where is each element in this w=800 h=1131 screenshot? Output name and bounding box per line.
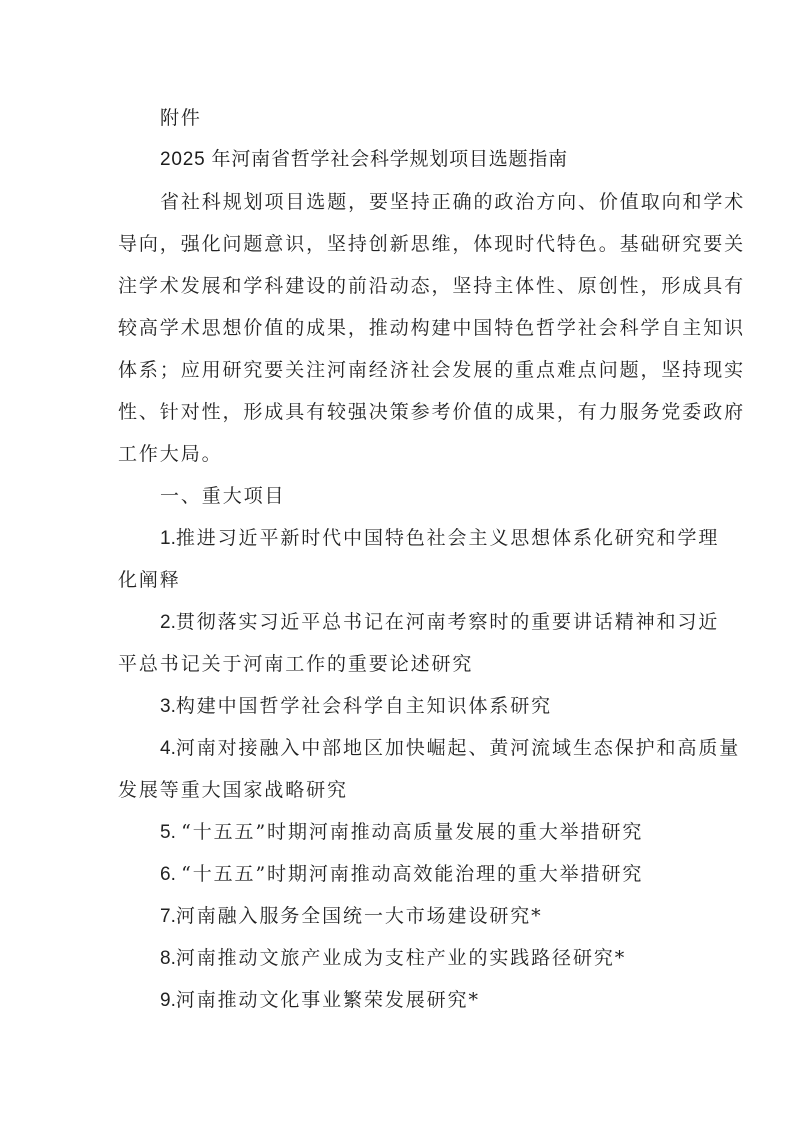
item-number: 2. (160, 612, 176, 633)
item-number: 6. (160, 864, 181, 885)
section-heading: 一、重大项目 (118, 475, 684, 517)
intro-paragraph: 省社科规划项目选题，要坚持正确的政治方向、价值取向和学术 导向，强化问题意识，坚… (118, 181, 684, 475)
item-text: “十五五”时期河南推动高质量发展的重大举措研究 (181, 821, 643, 843)
list-item: 6. “十五五”时期河南推动高效能治理的重大举措研究 (118, 853, 684, 895)
intro-line: 性、针对性，形成具有较强决策参考价值的成果，有力服务党委政府 (118, 391, 684, 433)
list-item: 4.河南对接融入中部地区加快崛起、黄河流域生态保护和高质量 发展等重大国家战略研… (118, 727, 684, 811)
list-item: 8.河南推动文旅产业成为支柱产业的实践路径研究* (118, 937, 684, 979)
document-body: 附件 2025 年河南省哲学社会科学规划项目选题指南 省社科规划项目选题，要坚持… (118, 97, 684, 1021)
item-number: 5. (160, 822, 181, 843)
item-text: “十五五”时期河南推动高效能治理的重大举措研究 (181, 863, 643, 885)
list-item-line: 8.河南推动文旅产业成为支柱产业的实践路径研究* (118, 937, 684, 979)
list-item-line: 化阐释 (118, 559, 684, 601)
item-text: 构建中国哲学社会科学自主知识体系研究 (176, 695, 552, 717)
project-list: 1.推进习近平新时代中国特色社会主义思想体系化研究和学理 化阐释 2.贯彻落实习… (118, 517, 684, 1021)
item-text: 河南融入服务全国统一大市场建设研究* (176, 905, 543, 927)
item-number: 3. (160, 696, 176, 717)
item-text: 贯彻落实习近平总书记在河南考察时的重要讲话精神和习近 (176, 611, 719, 633)
attachment-label: 附件 (118, 97, 684, 139)
item-text: 河南对接融入中部地区加快崛起、黄河流域生态保护和高质量 (176, 737, 740, 759)
item-number: 9. (160, 990, 176, 1011)
list-item-line: 1.推进习近平新时代中国特色社会主义思想体系化研究和学理 (118, 517, 684, 559)
item-text: 河南推动文旅产业成为支柱产业的实践路径研究* (176, 947, 626, 969)
item-number: 1. (160, 528, 176, 549)
intro-line: 导向，强化问题意识，坚持创新思维，体现时代特色。基础研究要关 (118, 223, 684, 265)
item-number: 8. (160, 948, 176, 969)
intro-line: 省社科规划项目选题，要坚持正确的政治方向、价值取向和学术 (118, 181, 684, 223)
list-item-line: 7.河南融入服务全国统一大市场建设研究* (118, 895, 684, 937)
list-item: 7.河南融入服务全国统一大市场建设研究* (118, 895, 684, 937)
list-item: 9.河南推动文化事业繁荣发展研究* (118, 979, 684, 1021)
item-text: 推进习近平新时代中国特色社会主义思想体系化研究和学理 (176, 527, 719, 549)
list-item-line: 发展等重大国家战略研究 (118, 769, 684, 811)
document-title: 2025 年河南省哲学社会科学规划项目选题指南 (118, 139, 684, 181)
list-item-line: 3.构建中国哲学社会科学自主知识体系研究 (118, 685, 684, 727)
list-item-line: 5. “十五五”时期河南推动高质量发展的重大举措研究 (118, 811, 684, 853)
item-number: 4. (160, 738, 176, 759)
intro-line: 较高学术思想价值的成果，推动构建中国特色哲学社会科学自主知识 (118, 307, 684, 349)
list-item-line: 9.河南推动文化事业繁荣发展研究* (118, 979, 684, 1021)
list-item: 1.推进习近平新时代中国特色社会主义思想体系化研究和学理 化阐释 (118, 517, 684, 601)
list-item: 2.贯彻落实习近平总书记在河南考察时的重要讲话精神和习近 平总书记关于河南工作的… (118, 601, 684, 685)
list-item-line: 6. “十五五”时期河南推动高效能治理的重大举措研究 (118, 853, 684, 895)
list-item: 3.构建中国哲学社会科学自主知识体系研究 (118, 685, 684, 727)
list-item: 5. “十五五”时期河南推动高质量发展的重大举措研究 (118, 811, 684, 853)
list-item-line: 平总书记关于河南工作的重要论述研究 (118, 643, 684, 685)
document-page: 附件 2025 年河南省哲学社会科学规划项目选题指南 省社科规划项目选题，要坚持… (0, 0, 800, 1131)
intro-line: 体系；应用研究要关注河南经济社会发展的重点难点问题，坚持现实 (118, 349, 684, 391)
item-text: 河南推动文化事业繁荣发展研究* (176, 989, 480, 1011)
item-number: 7. (160, 906, 176, 927)
list-item-line: 4.河南对接融入中部地区加快崛起、黄河流域生态保护和高质量 (118, 727, 684, 769)
intro-line: 注学术发展和学科建设的前沿动态，坚持主体性、原创性，形成具有 (118, 265, 684, 307)
intro-line: 工作大局。 (118, 433, 684, 475)
list-item-line: 2.贯彻落实习近平总书记在河南考察时的重要讲话精神和习近 (118, 601, 684, 643)
